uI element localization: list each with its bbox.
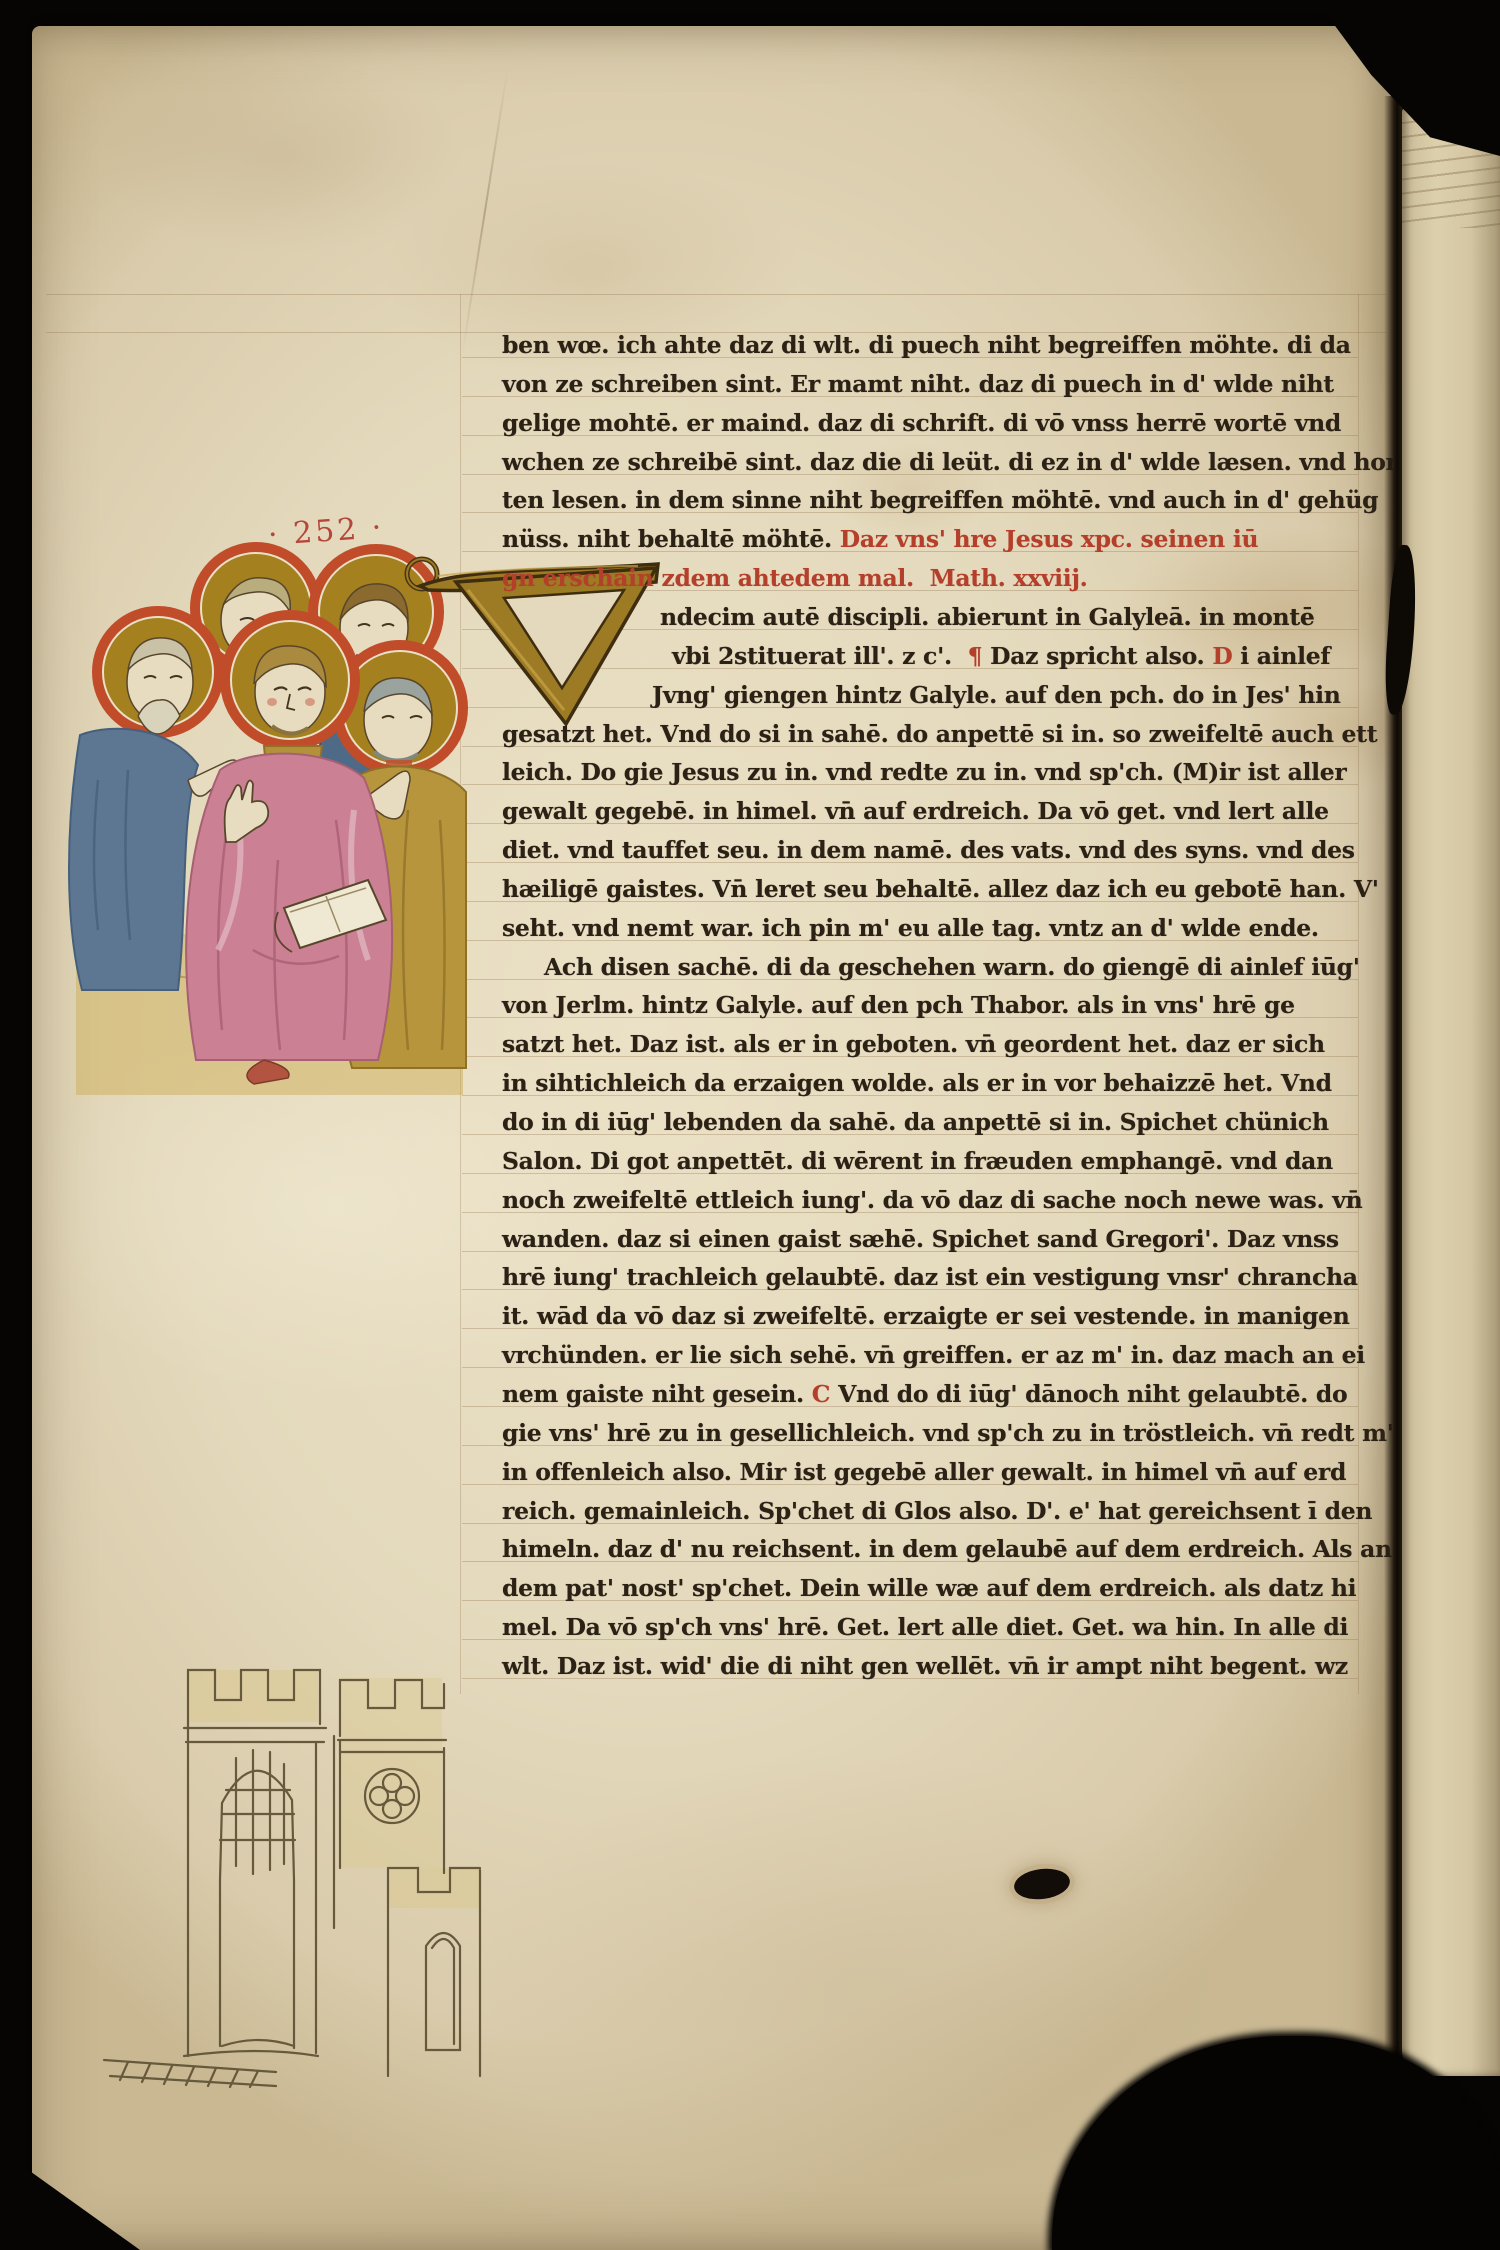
body-text: gie vns' hrē zu in gesellichleich. vnd s… [502, 1419, 1394, 1447]
body-text: diet. vnd tauffet seu. in dem namē. des … [502, 836, 1355, 864]
rubric-text: gn erschain zdem ahtedem mal. Math. xxvi… [502, 564, 1088, 592]
text-line: von ze schreiben sint. Er mamt niht. daz… [502, 365, 1334, 403]
text-line: ndecim autē discipli. abierunt in Galyle… [660, 598, 1315, 636]
text-line: Jvng' giengen hintz Galyle. auf den pch.… [652, 676, 1341, 714]
text-line: satzt het. Daz ist. als er in geboten. v… [502, 1025, 1325, 1063]
text-line: gie vns' hrē zu in gesellichleich. vnd s… [502, 1414, 1394, 1452]
body-text: Vnd do di iūg' dānoch niht gelaubtē. do [838, 1380, 1347, 1408]
body-text: do in di iūg' lebenden da sahē. da anpet… [502, 1108, 1329, 1136]
book-fore-edge [1402, 108, 1500, 2076]
body-text: von ze schreiben sint. Er mamt niht. daz… [502, 370, 1334, 398]
parchment-hole [1012, 1866, 1071, 1903]
text-line: Salon. Di got anpettēt. di wērent in fræ… [502, 1142, 1333, 1180]
text-line: himeln. daz d' nu reichsent. in dem gela… [502, 1530, 1392, 1568]
text-line: ben wœ. ich ahte daz di wlt. di puech ni… [502, 326, 1351, 364]
body-text: mel. Da vō sp'ch vns' hrē. Get. lert all… [502, 1613, 1348, 1641]
text-line: Ach disen sachē. di da geschehen warn. d… [544, 948, 1360, 986]
body-text: Ach disen sachē. di da geschehen warn. d… [544, 953, 1360, 981]
text-line: ten lesen. in dem sinne niht begreiffen … [502, 481, 1378, 519]
body-text: ndecim autē discipli. abierunt in Galyle… [660, 603, 1315, 631]
body-text: in sihtichleich da erzaigen wolde. als e… [502, 1069, 1332, 1097]
body-text: gewalt gegebē. in himel. vn̄ auf erdreic… [502, 797, 1329, 825]
body-text: wchen ze schreibē sint. daz die di leüt.… [502, 448, 1398, 476]
body-text: leich. Do gie Jesus zu in. vnd redte zu … [502, 758, 1347, 786]
body-text: ben wœ. ich ahte daz di wlt. di puech ni… [502, 331, 1351, 359]
body-text: nüss. niht behaltē möhtē. [502, 525, 840, 553]
body-text: dem pat' nost' sp'chet. Dein wille wæ au… [502, 1574, 1356, 1602]
text-line: vrchünden. er lie sich sehē. vn̄ greiffe… [502, 1336, 1365, 1374]
text-line: nem gaiste niht gesein. C Vnd do di iūg'… [502, 1375, 1347, 1413]
body-text: nem gaiste niht gesein. [502, 1380, 812, 1408]
rubric-text: C [812, 1380, 838, 1408]
body-text: gesatzt het. Vnd do si in sahē. do anpet… [502, 720, 1377, 748]
manuscript-photo: · 252 · [0, 0, 1500, 2250]
text-line: it. wād da vō daz si zweifeltē. erzaigte… [502, 1297, 1350, 1335]
text-line: seht. vnd nemt war. ich pin m' eu alle t… [502, 909, 1319, 947]
text-line: von Jerlm. hintz Galyle. auf den pch Tha… [502, 986, 1295, 1024]
text-line: gn erschain zdem ahtedem mal. Math. xxvi… [502, 559, 1088, 597]
text-line: reich. gemainleich. Sp'chet di Glos also… [502, 1492, 1372, 1530]
text-line: noch zweifeltē ettleich iung'. da vō daz… [502, 1181, 1362, 1219]
body-text: wlt. Daz ist. wid' die di niht gen wellē… [502, 1652, 1348, 1680]
body-text: vbi 2stituerat ill'. z c'. [672, 642, 968, 670]
body-text: in offenleich also. Mir ist gegebē aller… [502, 1458, 1346, 1486]
rubric-text: ¶ [968, 642, 991, 670]
text-line: diet. vnd tauffet seu. in dem namē. des … [502, 831, 1355, 869]
text-line: gesatzt het. Vnd do si in sahē. do anpet… [502, 715, 1377, 753]
text-line: wanden. daz si einen gaist sæhē. Spichet… [502, 1220, 1339, 1258]
body-text: seht. vnd nemt war. ich pin m' eu alle t… [502, 914, 1319, 942]
text-line: mel. Da vō sp'ch vns' hrē. Get. lert all… [502, 1608, 1348, 1646]
body-text: hrē iung' trachleich gelaubtē. daz ist e… [502, 1263, 1358, 1291]
text-line: leich. Do gie Jesus zu in. vnd redte zu … [502, 753, 1347, 791]
text-line: hæiligē gaistes. Vn̄ leret seu behaltē. … [502, 870, 1379, 908]
text-line: hrē iung' trachleich gelaubtē. daz ist e… [502, 1258, 1358, 1296]
text-line: dem pat' nost' sp'chet. Dein wille wæ au… [502, 1569, 1356, 1607]
body-text: it. wād da vō daz si zweifeltē. erzaigte… [502, 1302, 1350, 1330]
body-text: Daz spricht also. [990, 642, 1212, 670]
text-line: nüss. niht behaltē möhtē. Daz vns' hre J… [502, 520, 1258, 558]
text-line: in sihtichleich da erzaigen wolde. als e… [502, 1064, 1332, 1102]
text-line: in offenleich also. Mir ist gegebē aller… [502, 1453, 1346, 1491]
body-text: himeln. daz d' nu reichsent. in dem gela… [502, 1535, 1392, 1563]
body-text: i ainlef [1232, 642, 1330, 670]
body-text: noch zweifeltē ettleich iung'. da vō daz… [502, 1186, 1362, 1214]
body-text: Jvng' giengen hintz Galyle. auf den pch.… [652, 681, 1341, 709]
castle-sketch [88, 1628, 498, 2088]
ruling-line [46, 294, 1386, 295]
body-text: vrchünden. er lie sich sehē. vn̄ greiffe… [502, 1341, 1365, 1369]
parchment-page: · 252 · [32, 26, 1394, 2250]
rubric-text: Daz vns' hre Jesus xpc. seinen iū [840, 525, 1259, 553]
body-text: hæiligē gaistes. Vn̄ leret seu behaltē. … [502, 875, 1379, 903]
parchment-crease [461, 68, 508, 355]
rubric-text: D [1212, 642, 1232, 670]
body-text: gelige mohtē. er maind. daz di schrift. … [502, 409, 1341, 437]
text-line: do in di iūg' lebenden da sahē. da anpet… [502, 1103, 1329, 1141]
text-line: wlt. Daz ist. wid' die di niht gen wellē… [502, 1647, 1348, 1685]
body-text: reich. gemainleich. Sp'chet di Glos also… [502, 1497, 1372, 1525]
text-line: vbi 2stituerat ill'. z c'. ¶ Daz spricht… [672, 637, 1330, 675]
text-line: wchen ze schreibē sint. daz die di leüt.… [502, 443, 1398, 481]
body-text: ten lesen. in dem sinne niht begreiffen … [502, 486, 1378, 514]
text-line: gewalt gegebē. in himel. vn̄ auf erdreic… [502, 792, 1329, 830]
body-text: von Jerlm. hintz Galyle. auf den pch Tha… [502, 991, 1295, 1019]
body-text: Salon. Di got anpettēt. di wērent in fræ… [502, 1147, 1333, 1175]
body-text: satzt het. Daz ist. als er in geboten. v… [502, 1030, 1325, 1058]
text-line: gelige mohtē. er maind. daz di schrift. … [502, 404, 1341, 442]
body-text: wanden. daz si einen gaist sæhē. Spichet… [502, 1225, 1339, 1253]
